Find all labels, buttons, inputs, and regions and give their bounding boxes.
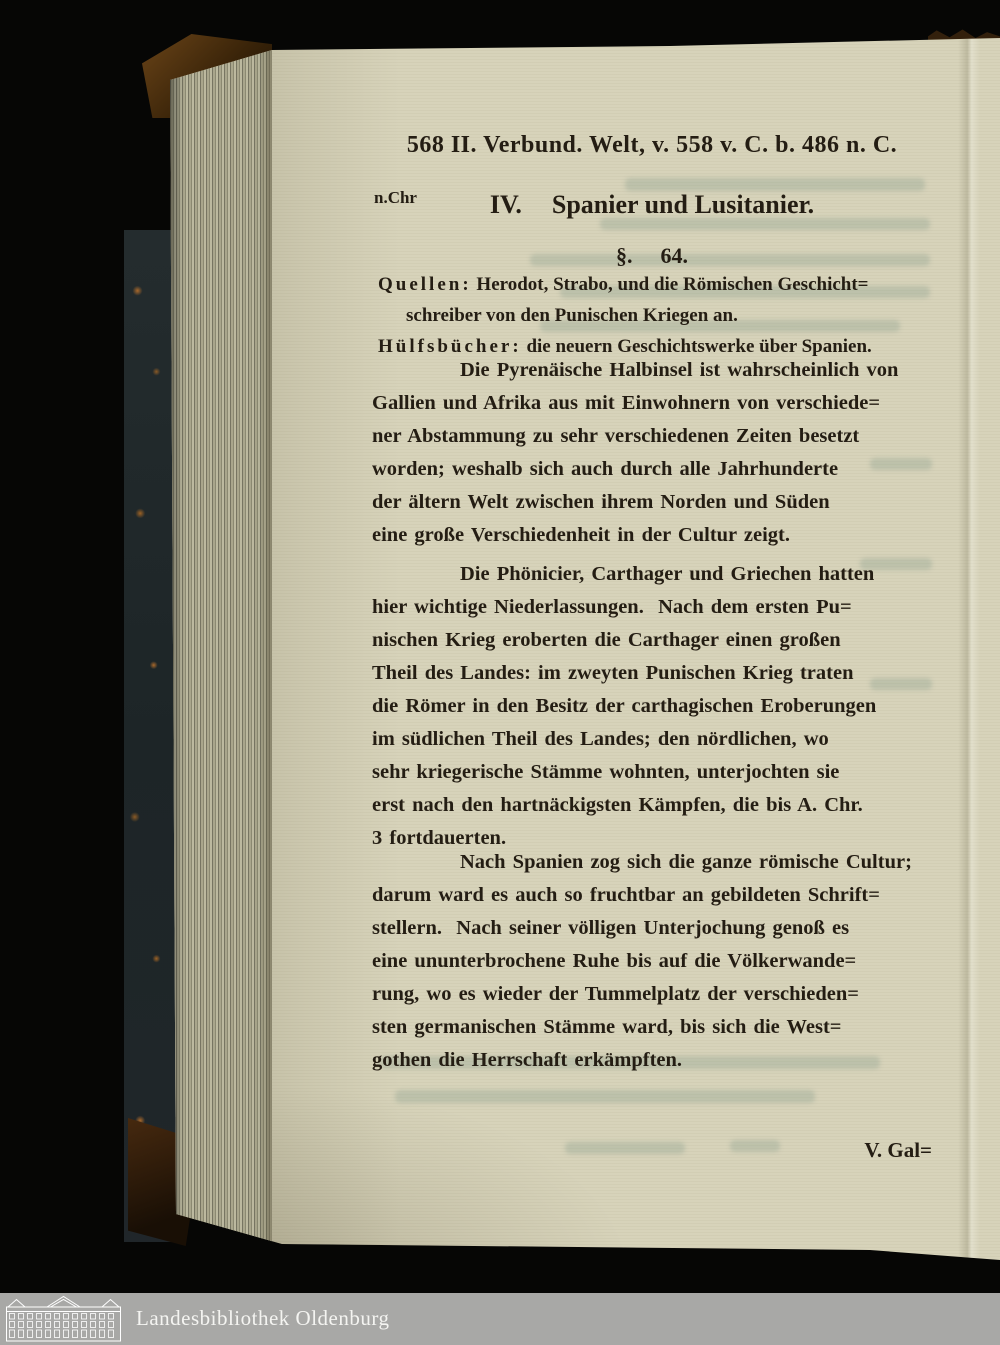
quellen-line: Quellen: Herodot, Strabo, und die Römisc… (378, 269, 934, 300)
book-cover-marbled-edge (124, 230, 178, 1242)
running-header: 568 II. Verbund. Welt, v. 558 v. C. b. 4… (372, 132, 932, 159)
book-page: 568 II. Verbund. Welt, v. 558 v. C. b. 4… (170, 38, 1000, 1260)
body-paragraph: Nach Spanien zog sich die ganze römische… (372, 846, 934, 1077)
page-crease (958, 38, 980, 1260)
library-building-logo-icon (5, 1295, 123, 1345)
catchword: V. Gal= (372, 1138, 932, 1163)
paragraph-number: 64. (661, 243, 689, 268)
section-heading: IV.Spanier und Lusitanier. (372, 190, 932, 220)
show-through-smudge (395, 1090, 815, 1103)
section-title: Spanier und Lusitanier. (552, 190, 814, 219)
sources-block: Quellen: Herodot, Strabo, und die Römisc… (378, 269, 934, 362)
section-number: IV. (490, 190, 522, 219)
quellen-label: Quellen: (378, 274, 472, 295)
quellen-continuation: schreiber von den Punischen Kriegen an. (378, 300, 934, 331)
body-paragraph: Die Phönicier, Carthager und Griechen ha… (372, 558, 934, 855)
quellen-text: Herodot, Strabo, und die Römischen Gesch… (472, 274, 869, 295)
fanned-page-edges (170, 38, 272, 1260)
book-scan-viewport: { "scan": { "header_line": "568 II. Verb… (0, 0, 1000, 1345)
paragraph-mark: §.64. (372, 243, 932, 269)
body-paragraph: Die Pyrenäische Halbinsel ist wahrschein… (372, 354, 934, 552)
footer-bar: Landesbibliothek Oldenburg (0, 1293, 1000, 1345)
library-name: Landesbibliothek Oldenburg (136, 1306, 390, 1331)
paragraph-sign: §. (616, 243, 633, 268)
